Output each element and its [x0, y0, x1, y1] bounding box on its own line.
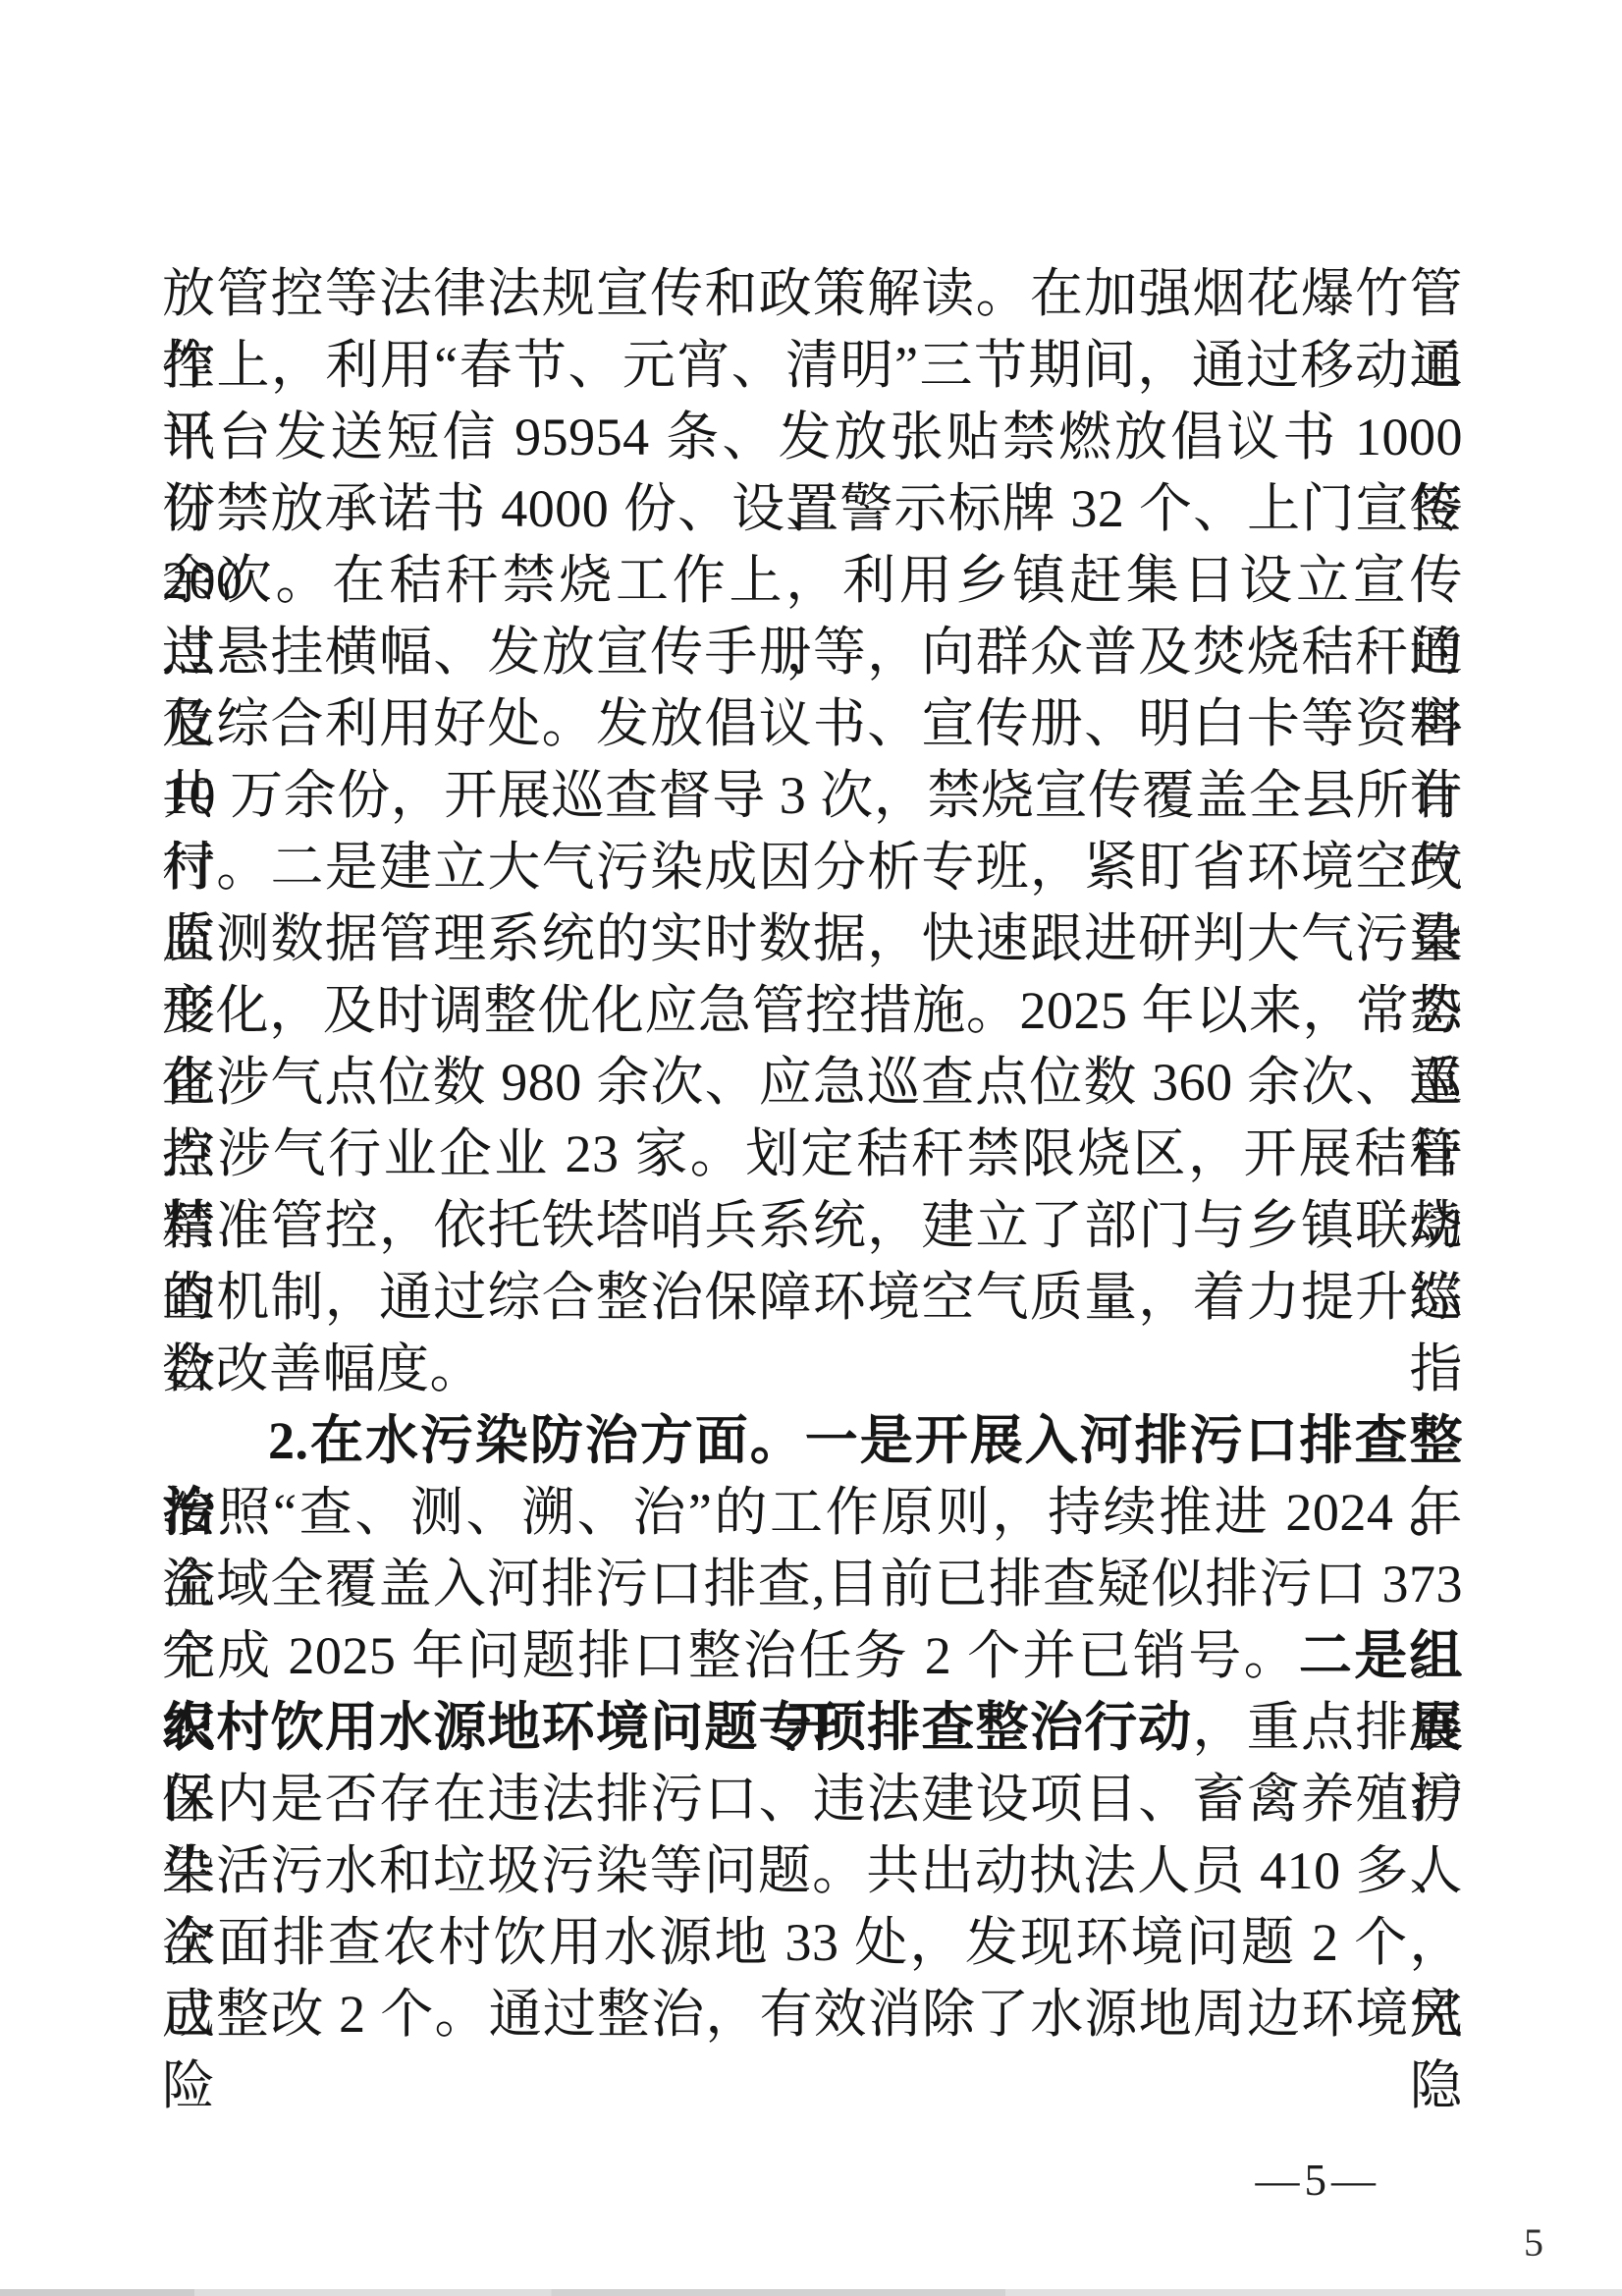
text-line-paragraph-start: 2.在水污染防治方面。一是开展入河排污口排查整治。 — [162, 1405, 1463, 1477]
text-line: 变化，及时调整优化应急管控措施。2025 年以来，常态化巡 — [162, 975, 1463, 1047]
text-segment-bold: 农村饮用水源地环境问题专项排查整治行动 — [162, 1698, 1193, 1757]
text-line: 控涉气行业企业 23 家。划定秸秆禁限烧区，开展秸秆禁烧 — [162, 1119, 1463, 1190]
text-segment: 数改善幅度。 — [162, 1339, 483, 1398]
text-line: 查机制，通过综合整治保障环境空气质量，着力提升综合指 — [162, 1262, 1463, 1334]
text-line: 生活污水和垃圾污染等问题。共出动执法人员 410 多人次， — [162, 1835, 1463, 1907]
text-line: 全面排查农村饮用水源地 33 处，发现环境问题 2 个，已完 — [162, 1907, 1463, 1979]
text-line: 精准管控，依托铁塔哨兵系统，建立了部门与乡镇联动的巡 — [162, 1190, 1463, 1262]
page-footer-number: —5— — [1256, 2155, 1381, 2206]
text-line: 平台发送短信 95954 条、发放张贴禁燃放倡议书 1000 份、签 — [162, 402, 1463, 473]
document-text-block: 放管控等法律法规宣传和政策解读。在加强烟花爆竹管控工 作上，利用“春节、元宵、清… — [162, 258, 1463, 2050]
text-line: 及综合利用好处。发放倡议书、宣传册、明白卡等资料共计 — [162, 688, 1463, 760]
corner-page-number: 5 — [1524, 2219, 1543, 2266]
text-segment: 成整改 2 个。通过整治，有效消除了水源地周边环境风险隐 — [162, 1985, 1463, 2115]
text-line: 完成 2025 年问题排口整治任务 2 个并已销号。二是组织开展 — [162, 1620, 1463, 1692]
text-line: 作上，利用“春节、元宵、清明”三节期间，通过移动通讯 — [162, 330, 1463, 402]
text-line: 村。二是建立大气污染成因分析专班，紧盯省环境空气质量 — [162, 832, 1463, 903]
scan-bottom-edge — [0, 2289, 1622, 2296]
text-line: 区内是否存在违法排污口、违法建设项目、畜禽养殖污染、 — [162, 1764, 1463, 1835]
text-line: 放管控等法律法规宣传和政策解读。在加强烟花爆竹管控工 — [162, 258, 1463, 330]
text-line: 流域全覆盖入河排污口排查,目前已排查疑似排污口 373 个。 — [162, 1549, 1463, 1620]
text-line: 按照“查、测、溯、治”的工作原则，持续推进 2024 年全 — [162, 1477, 1463, 1549]
text-line: 监测数据管理系统的实时数据，快速跟进研判大气污染形势 — [162, 903, 1463, 975]
text-line: 农村饮用水源地环境问题专项排查整治行动，重点排查保护 — [162, 1692, 1463, 1764]
text-line: 过悬挂横幅、发放宣传手册等，向群众普及焚烧秸秆的危害 — [162, 617, 1463, 688]
document-page: { "page": { "footer_page_number": "—5—",… — [0, 0, 1622, 2296]
text-segment: 完成 2025 年问题排口整治任务 2 个并已销号。 — [162, 1626, 1299, 1685]
text-line: 查涉气点位数 980 余次、应急巡查点位数 360 余次、重点管 — [162, 1047, 1463, 1119]
text-line: 余次。在秸秆禁烧工作上，利用乡镇赶集日设立宣传点，通 — [162, 545, 1463, 617]
text-line: 订禁放承诺书 4000 份、设置警示标牌 32 个、上门宣传 200 — [162, 473, 1463, 545]
text-line: 10 万余份，开展巡查督导 3 次，禁烧宣传覆盖全县所有行政 — [162, 760, 1463, 832]
text-line: 成整改 2 个。通过整治，有效消除了水源地周边环境风险隐 — [162, 1979, 1463, 2050]
